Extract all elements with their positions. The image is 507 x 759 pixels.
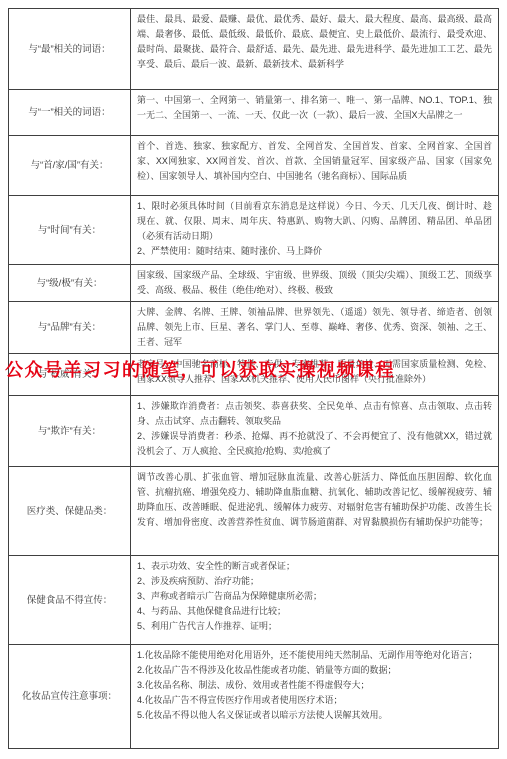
content-line: 国家级、国家级产品、全球级、宇宙级、世界级、顶级（顶尖/尖端）、顶级工艺、顶级享… [137, 268, 492, 298]
content-line: 大牌、金牌、名牌、王牌、领袖品牌、世界领先、（遥遥）领先、领导者、缔造者、创领品… [137, 305, 492, 350]
content-line: 4.化妆品广告不得宣传医疗作用或者使用医疗术语； [137, 693, 492, 708]
row-content: 调节改善心肌、扩张血管、增加冠脉血流量、改善心脏活力、降低血压胆固醇、软化血管、… [131, 467, 498, 555]
table-row: 与“一”相关的词语： 第一、中国第一、全网第一、销量第一、排名第一、唯一、第一品… [9, 89, 498, 135]
row-category-label: 化妆品宣传注意事项： [9, 645, 131, 748]
content-line: 1.化妆品除不能使用绝对化用语外，还不能使用纯天然制品、无副作用等绝对化语言； [137, 648, 492, 663]
row-category-label: 与“欺诈”有关： [9, 396, 131, 466]
table-row: 与“品牌”有关： 大牌、金牌、名牌、王牌、领袖品牌、世界领先、（遥遥）领先、领导… [9, 301, 498, 353]
row-category-label: 与“首/家/国”有关： [9, 136, 131, 195]
content-line: 2、涉及疾病预防、治疗功能； [137, 574, 492, 589]
row-category-label: 与“级/极”有关： [9, 265, 131, 301]
content-line: 2.化妆品广告不得涉及化妆品性能或者功能、销量等方面的数据； [137, 663, 492, 678]
content-line: 1、限时必须具体时间（目前看京东消息是这样说）今日、今天、几天几夜、倒计时、趁现… [137, 199, 492, 244]
forbidden-words-document: 与“最”相关的词语： 最佳、最具、最爱、最赚、最优、最优秀、最好、最大、最大程度… [0, 0, 507, 759]
row-category-label: 与“权威”有关： [9, 354, 131, 395]
row-content: 老字号、中国驰名商标、特供、专供、专家推荐、质量免检、无需国家质量检测、免检、国… [131, 354, 498, 395]
content-line: 2、涉嫌误导消费者：秒杀、抢爆、再不抢就没了、不会再便宜了、没有他就XX，错过就… [137, 429, 492, 459]
row-category-label: 医疗类、保健品类： [9, 467, 131, 555]
content-line: 2、严禁使用：随时结束、随时涨价、马上降价 [137, 244, 492, 259]
row-category-label: 与“品牌”有关： [9, 302, 131, 353]
row-content: 大牌、金牌、名牌、王牌、领袖品牌、世界领先、（遥遥）领先、领导者、缔造者、创领品… [131, 302, 498, 353]
content-line: 3、声称或者暗示广告商品为保障健康所必需； [137, 589, 492, 604]
table-row: 与“最”相关的词语： 最佳、最具、最爱、最赚、最优、最优秀、最好、最大、最大程度… [9, 9, 498, 89]
content-line: 4、与药品、其他保健食品进行比较； [137, 604, 492, 619]
content-line: 第一、中国第一、全网第一、销量第一、排名第一、唯一、第一品牌、NO.1、TOP.… [137, 93, 492, 123]
row-category-label: 保健食品不得宣传： [9, 556, 131, 644]
row-category-label: 与“时间”有关： [9, 196, 131, 264]
content-line: 调节改善心肌、扩张血管、增加冠脉血流量、改善心脏活力、降低血压胆固醇、软化血管、… [137, 470, 492, 530]
row-category-label: 与“一”相关的词语： [9, 90, 131, 135]
content-line: 1、涉嫌欺诈消费者：点击领奖、恭喜获奖、全民免单、点击有惊喜、点击领取、点击转身… [137, 399, 492, 429]
content-line: 最佳、最具、最爱、最赚、最优、最优秀、最好、最大、最大程度、最高、最高级、最高端… [137, 12, 492, 72]
row-category-label: 与“最”相关的词语： [9, 9, 131, 89]
row-content: 第一、中国第一、全网第一、销量第一、排名第一、唯一、第一品牌、NO.1、TOP.… [131, 90, 498, 135]
table-row: 化妆品宣传注意事项： 1.化妆品除不能使用绝对化用语外，还不能使用纯天然制品、无… [9, 644, 498, 748]
row-content: 1.化妆品除不能使用绝对化用语外，还不能使用纯天然制品、无副作用等绝对化语言；2… [131, 645, 498, 748]
row-content: 1、涉嫌欺诈消费者：点击领奖、恭喜获奖、全民免单、点击有惊喜、点击领取、点击转身… [131, 396, 498, 466]
table-row: 与“首/家/国”有关： 首个、首选、独家、独家配方、首发、全网首发、全国首发、首… [9, 135, 498, 195]
content-line: 首个、首选、独家、独家配方、首发、全网首发、全国首发、首家、全网首家、全国首家、… [137, 139, 492, 184]
row-content: 1、表示功效、安全性的断言或者保证；2、涉及疾病预防、治疗功能；3、声称或者暗示… [131, 556, 498, 644]
table-row: 与“欺诈”有关： 1、涉嫌欺诈消费者：点击领奖、恭喜获奖、全民免单、点击有惊喜、… [9, 395, 498, 466]
table-row: 保健食品不得宣传： 1、表示功效、安全性的断言或者保证；2、涉及疾病预防、治疗功… [9, 555, 498, 644]
row-content: 1、限时必须具体时间（目前看京东消息是这样说）今日、今天、几天几夜、倒计时、趁现… [131, 196, 498, 264]
row-content: 首个、首选、独家、独家配方、首发、全网首发、全国首发、首家、全网首家、全国首家、… [131, 136, 498, 195]
row-content: 最佳、最具、最爱、最赚、最优、最优秀、最好、最大、最大程度、最高、最高级、最高端… [131, 9, 498, 89]
content-line: 5.化妆品不得以他人名义保证或者以暗示方法使人误解其效用。 [137, 708, 492, 723]
table-row: 与“时间”有关： 1、限时必须具体时间（目前看京东消息是这样说）今日、今天、几天… [9, 195, 498, 264]
table-row: 与“级/极”有关： 国家级、国家级产品、全球级、宇宙级、世界级、顶级（顶尖/尖端… [9, 264, 498, 301]
table-row: 与“权威”有关： 老字号、中国驰名商标、特供、专供、专家推荐、质量免检、无需国家… [9, 353, 498, 395]
table-row: 医疗类、保健品类： 调节改善心肌、扩张血管、增加冠脉血流量、改善心脏活力、降低血… [9, 466, 498, 555]
row-content: 国家级、国家级产品、全球级、宇宙级、世界级、顶级（顶尖/尖端）、顶级工艺、顶级享… [131, 265, 498, 301]
content-line: 3.化妆品名称、制法、成份、效用或者性能不得虚假夸大； [137, 678, 492, 693]
content-line: 老字号、中国驰名商标、特供、专供、专家推荐、质量免检、无需国家质量检测、免检、国… [137, 357, 492, 387]
content-line: 5、利用广告代言人作推荐、证明； [137, 619, 492, 634]
forbidden-words-table: 与“最”相关的词语： 最佳、最具、最爱、最赚、最优、最优秀、最好、最大、最大程度… [8, 8, 499, 749]
content-line: 1、表示功效、安全性的断言或者保证； [137, 559, 492, 574]
